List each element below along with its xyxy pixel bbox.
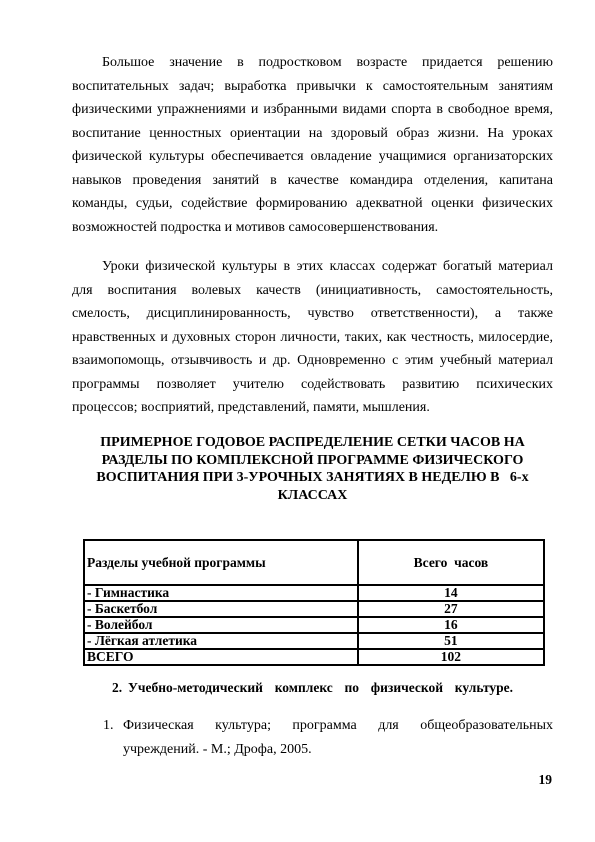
table-row: - Гимнастика 14 <box>84 585 544 601</box>
section-heading: 2. Учебно-методический комплекс по физич… <box>72 679 553 696</box>
table-row: - Баскетбол 27 <box>84 601 544 617</box>
table-heading: ПРИМЕРНОЕ ГОДОВОЕ РАСПРЕДЕЛЕНИЕ СЕТКИ ЧА… <box>72 434 553 504</box>
document-page: Большое значение в подростковом возрасте… <box>0 0 595 842</box>
page-number: 19 <box>539 772 553 788</box>
list-item-text: Физическая культура; программа для общео… <box>123 714 553 761</box>
column-header-program-sections: Разделы учебной программы <box>84 540 358 585</box>
total-row-label: ВСЕГО <box>84 649 358 665</box>
hours-table: Разделы учебной программы Всего часов - … <box>83 539 545 666</box>
row-value-athletics: 51 <box>358 633 544 649</box>
row-label-basketball: - Баскетбол <box>84 601 358 617</box>
total-row-value: 102 <box>358 649 544 665</box>
list-item: 1. Физическая культура; программа для об… <box>103 714 553 761</box>
column-header-total-hours: Всего часов <box>358 540 544 585</box>
paragraph-1: Большое значение в подростковом возрасте… <box>72 51 553 239</box>
row-label-volleyball: - Волейбол <box>84 617 358 633</box>
row-value-basketball: 27 <box>358 601 544 617</box>
table-header-row: Разделы учебной программы Всего часов <box>84 540 544 585</box>
row-label-gymnastics: - Гимнастика <box>84 585 358 601</box>
row-label-athletics: - Лёгкая атлетика <box>84 633 358 649</box>
table-row: - Лёгкая атлетика 51 <box>84 633 544 649</box>
row-value-gymnastics: 14 <box>358 585 544 601</box>
row-value-volleyball: 16 <box>358 617 544 633</box>
list-item-number: 1. <box>103 714 123 761</box>
table-row: - Волейбол 16 <box>84 617 544 633</box>
table-total-row: ВСЕГО 102 <box>84 649 544 665</box>
paragraph-2: Уроки физической культуры в этих классах… <box>72 255 553 420</box>
